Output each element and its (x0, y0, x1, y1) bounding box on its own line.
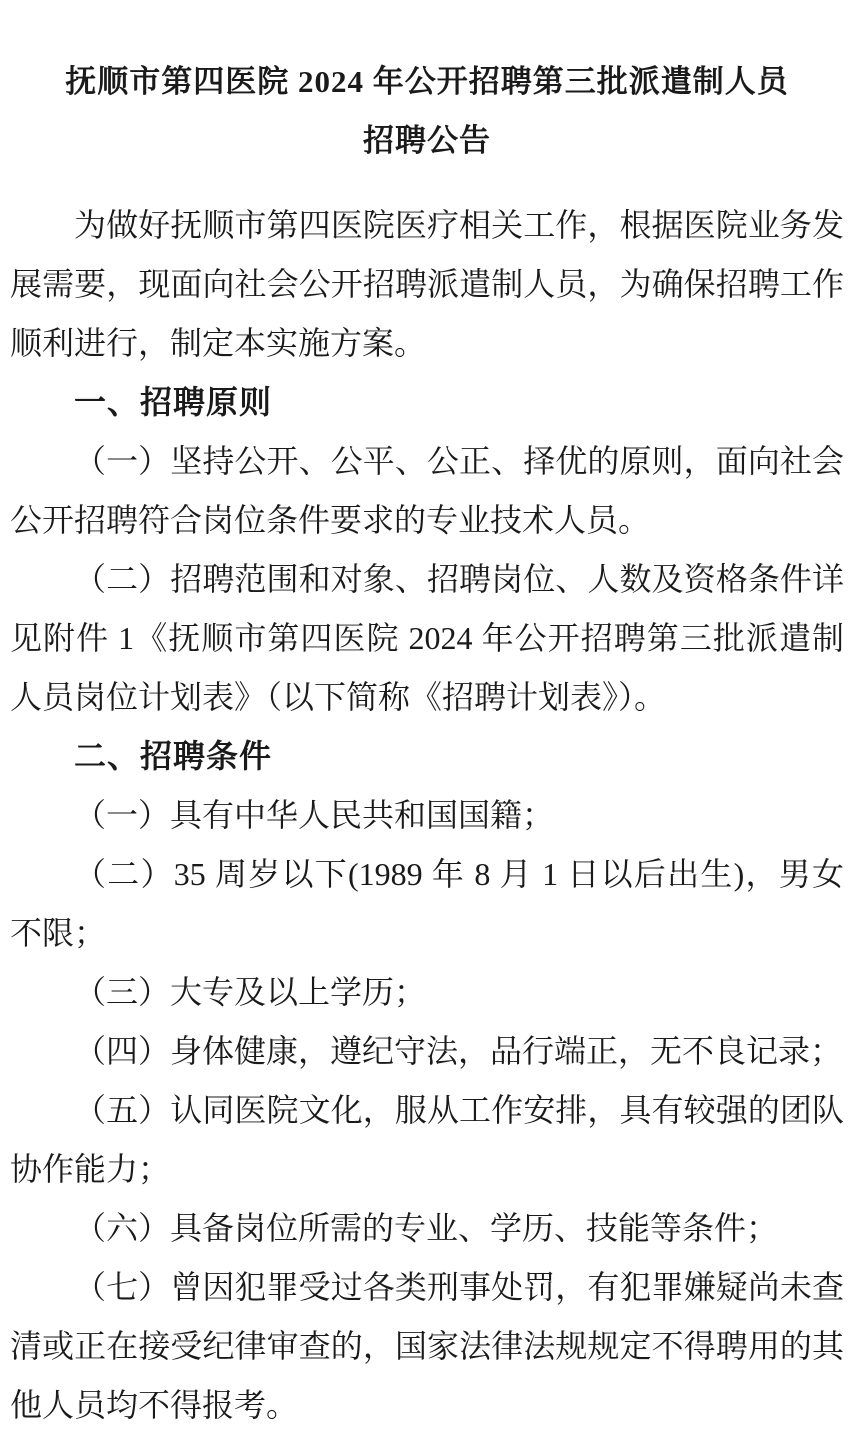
section-heading: 二、招聘条件 (10, 727, 844, 786)
title-spacer (10, 170, 844, 196)
paragraph: （一）坚持公开、公平、公正、择优的原则，面向社会公开招聘符合岗位条件要求的专业技… (10, 432, 844, 550)
paragraph: （五）认同医院文化，服从工作安排，具有较强的团队协作能力； (10, 1081, 844, 1199)
section-heading: 一、招聘原则 (10, 373, 844, 432)
document-title-line1: 抚顺市第四医院 2024 年公开招聘第三批派遣制人员 (10, 52, 844, 111)
paragraph: （二）招聘范围和对象、招聘岗位、人数及资格条件详见附件 1《抚顺市第四医院 20… (10, 550, 844, 727)
paragraph: （七）曾因犯罪受过各类刑事处罚，有犯罪嫌疑尚未查清或正在接受纪律审查的，国家法律… (10, 1258, 844, 1431)
document-page: 抚顺市第四医院 2024 年公开招聘第三批派遣制人员 招聘公告 为做好抚顺市第四… (0, 0, 854, 1431)
paragraph: （三）大专及以上学历； (10, 963, 844, 1022)
paragraph: （一）具有中华人民共和国国籍； (10, 786, 844, 845)
document-title-line2: 招聘公告 (10, 111, 844, 170)
document-body: 为做好抚顺市第四医院医疗相关工作，根据医院业务发展需要，现面向社会公开招聘派遣制… (10, 196, 844, 1431)
paragraph: （四）身体健康，遵纪守法，品行端正，无不良记录； (10, 1022, 844, 1081)
paragraph: （六）具备岗位所需的专业、学历、技能等条件； (10, 1199, 844, 1258)
paragraph: （二）35 周岁以下(1989 年 8 月 1 日以后出生)，男女不限； (10, 845, 844, 963)
paragraph: 为做好抚顺市第四医院医疗相关工作，根据医院业务发展需要，现面向社会公开招聘派遣制… (10, 196, 844, 373)
